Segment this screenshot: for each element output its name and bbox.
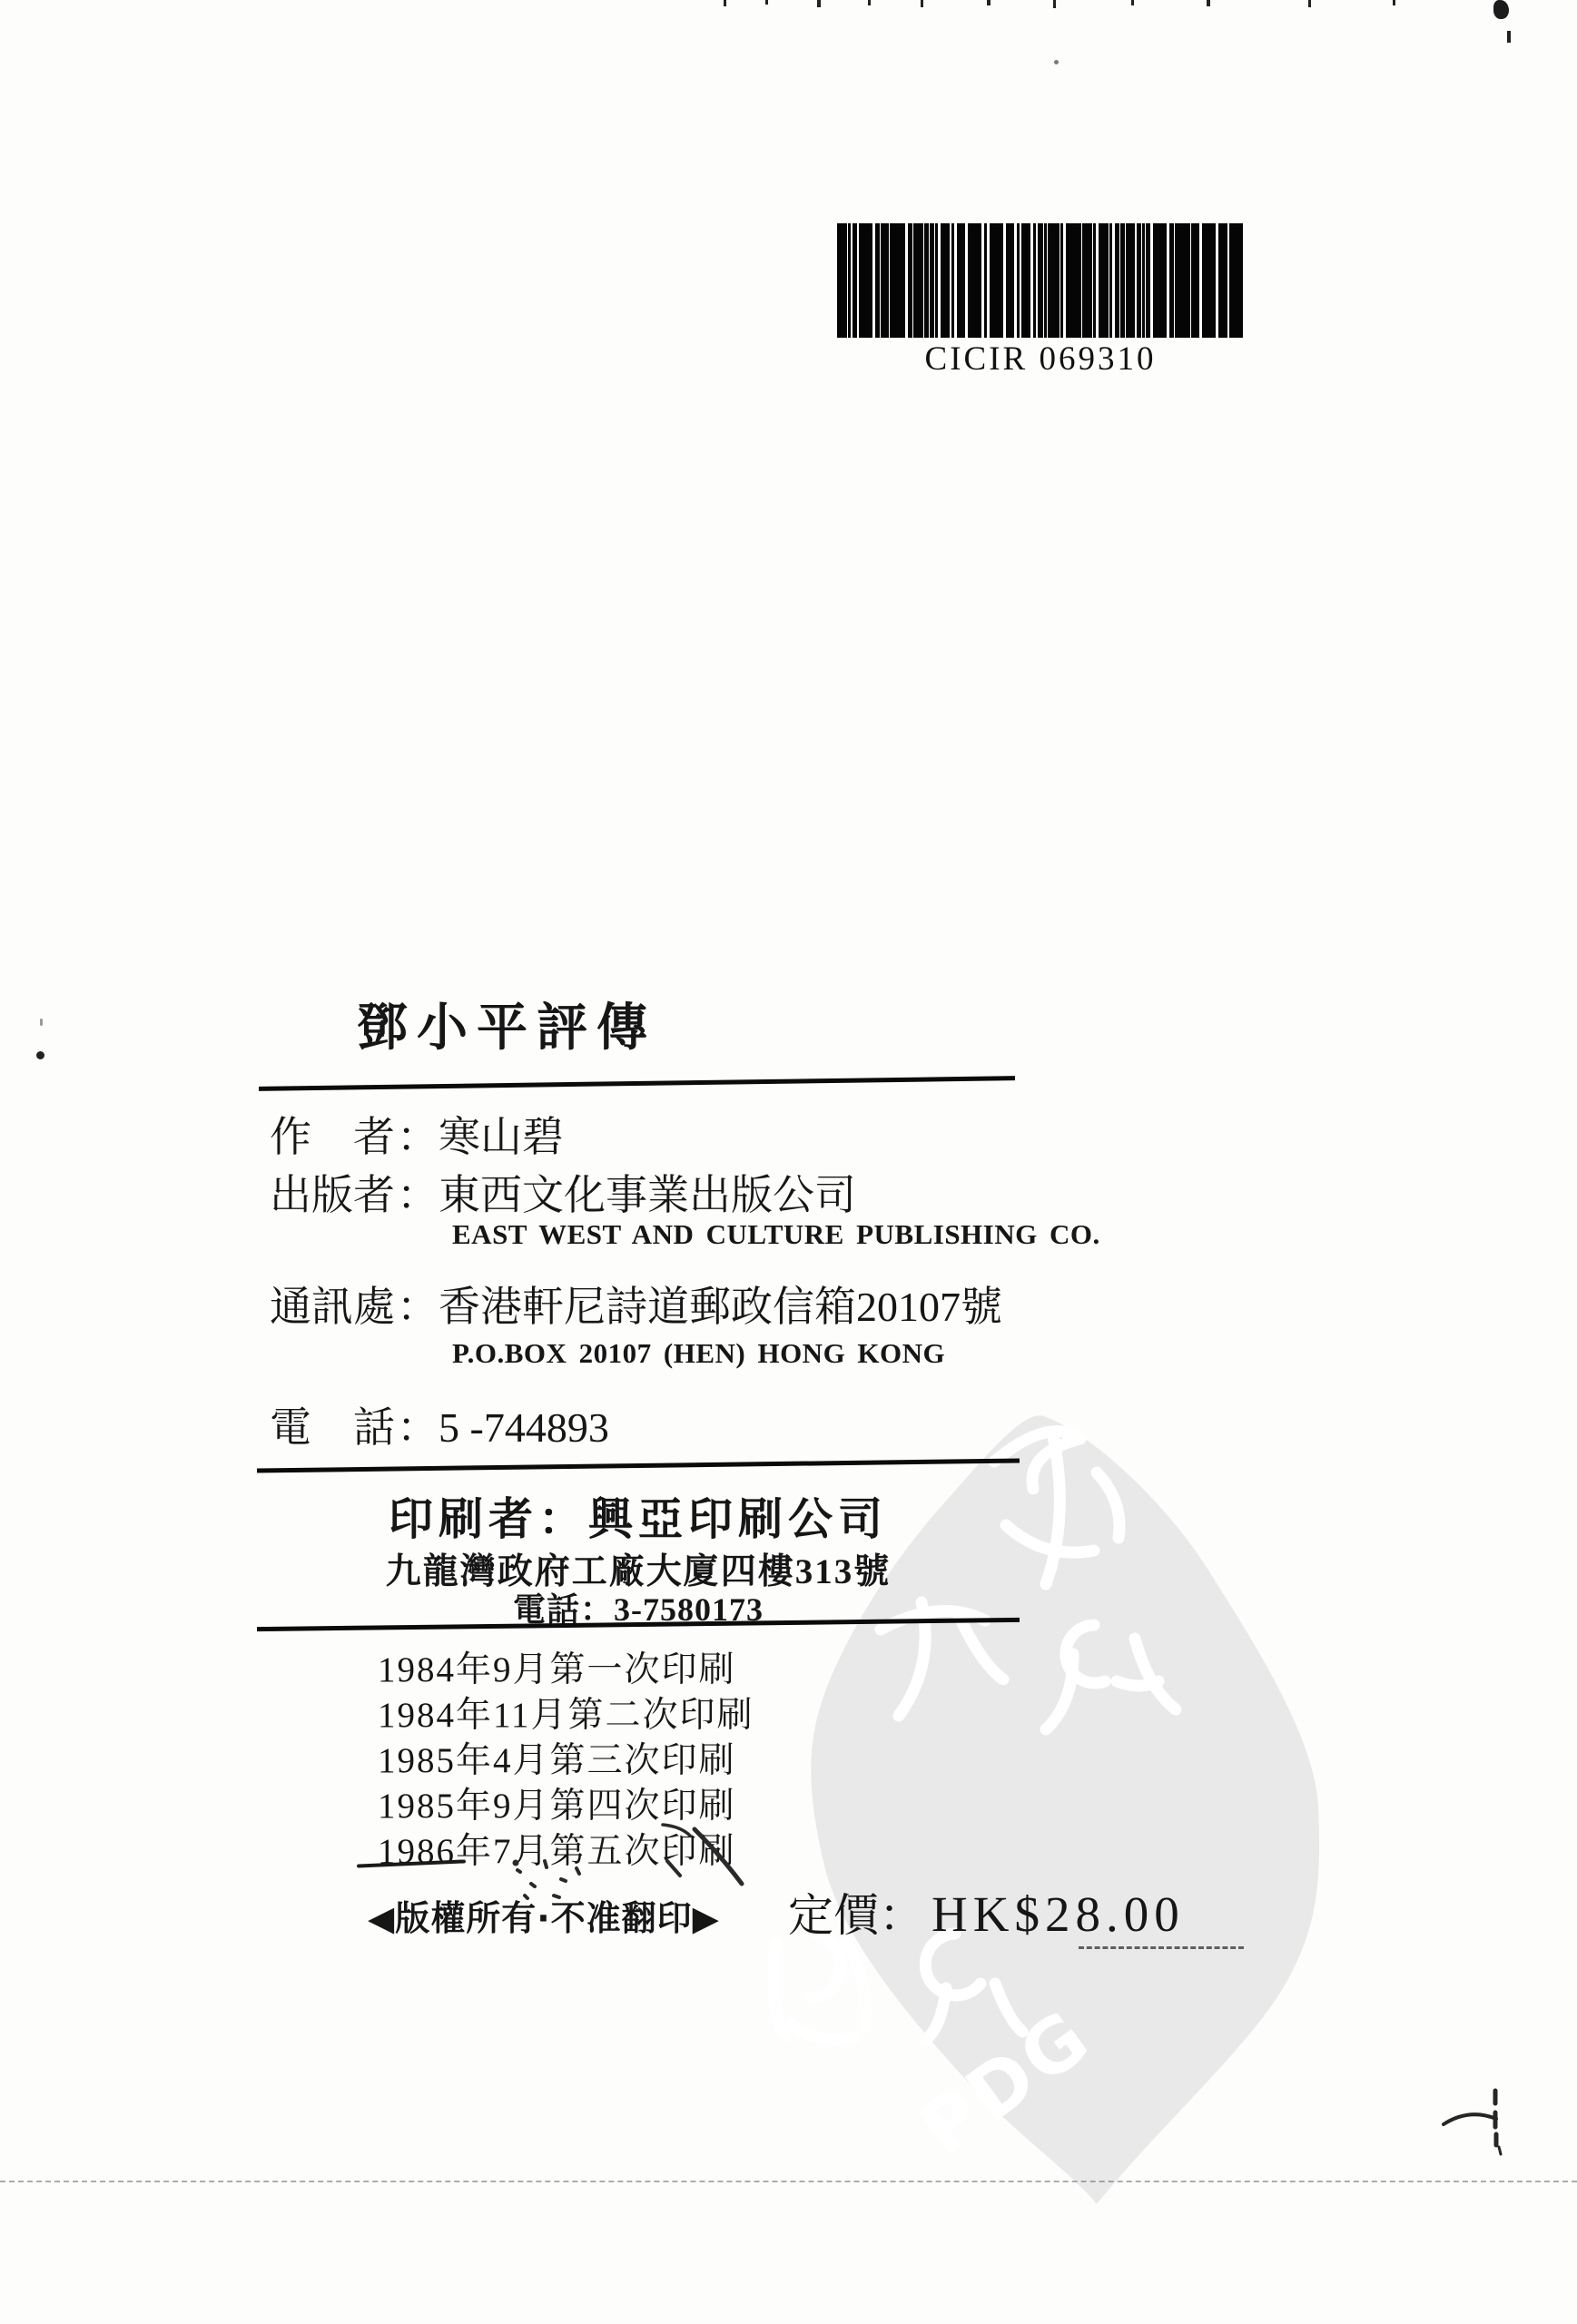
- scan-tick: [921, 0, 923, 7]
- barcode: CICIR 069310: [837, 223, 1244, 379]
- colon: ：: [397, 1404, 439, 1451]
- scan-tick: [724, 0, 726, 6]
- phone-value: 5 -744893: [439, 1404, 609, 1451]
- scan-tick: [1308, 0, 1311, 7]
- scan-tick: [1207, 0, 1210, 6]
- colon: ：: [397, 1114, 439, 1160]
- divider-rule: [257, 1459, 1020, 1473]
- printer-name: 印刷者：興亞印刷公司: [257, 1484, 1020, 1548]
- price-underline-mark: [1079, 1946, 1244, 1949]
- price-value: HK$28.00: [931, 1886, 1185, 1943]
- printing-entry: 1984年11月第二次印刷: [378, 1693, 754, 1738]
- barcode-number: CICIR 069310: [837, 340, 1244, 379]
- scan-tick: [817, 0, 821, 7]
- ink-smudge: [490, 1816, 817, 1925]
- scan-tick: [1053, 0, 1056, 8]
- phone-label: 電 話: [270, 1394, 397, 1454]
- publisher-value: 東西文化事業出版公司: [439, 1172, 856, 1218]
- scan-tick: [1131, 0, 1134, 5]
- contact-value: 香港軒尼詩道郵政信箱20107號: [439, 1284, 1002, 1330]
- barcode-bars: [837, 223, 1244, 338]
- colon: ：: [397, 1172, 439, 1218]
- printing-entry: 1984年9月第一次印刷: [378, 1648, 754, 1693]
- publisher-english: EAST WEST AND CULTURE PUBLISHING CO.: [452, 1218, 1100, 1251]
- scan-dot: [1054, 60, 1059, 64]
- pobox-english: P.O.BOX 20107 (HEN) HONG KONG: [452, 1337, 945, 1370]
- contact-label: 通訊處: [270, 1274, 397, 1334]
- scan-tick: [987, 0, 991, 5]
- scan-tick: [1507, 31, 1511, 43]
- author-value: 寒山碧: [439, 1114, 564, 1160]
- edge-ink-mark: [1412, 2083, 1548, 2161]
- scan-dot: [36, 1051, 44, 1059]
- publisher-label: 出版者: [270, 1162, 397, 1222]
- contact-row: 通訊處：香港軒尼詩道郵政信箱20107號: [270, 1274, 1002, 1334]
- book-title: 鄧小平評傳: [357, 988, 656, 1060]
- printing-entry: 1985年4月第三次印刷: [378, 1738, 754, 1784]
- scanned-colophon-page: PDG CICIR 069310 鄧小平評傳 作 者：寒山碧 出版者：東西文化事…: [0, 0, 1577, 2324]
- scan-tick: [765, 0, 768, 5]
- author-row: 作 者：寒山碧: [270, 1104, 564, 1164]
- divider-rule: [259, 1076, 1015, 1091]
- scan-tick: [1393, 0, 1395, 5]
- scan-dot: [40, 1019, 43, 1026]
- scan-line-artifact: [0, 2181, 1577, 2182]
- price-line: 定價： HK$28.00: [788, 1879, 1185, 1945]
- scan-blotch: [1493, 0, 1509, 19]
- author-label: 作 者: [270, 1104, 397, 1164]
- colon: ：: [397, 1284, 439, 1330]
- scan-tick: [868, 0, 871, 5]
- phone-row: 電 話：5 -744893: [270, 1394, 609, 1454]
- publisher-row: 出版者：東西文化事業出版公司: [270, 1162, 856, 1222]
